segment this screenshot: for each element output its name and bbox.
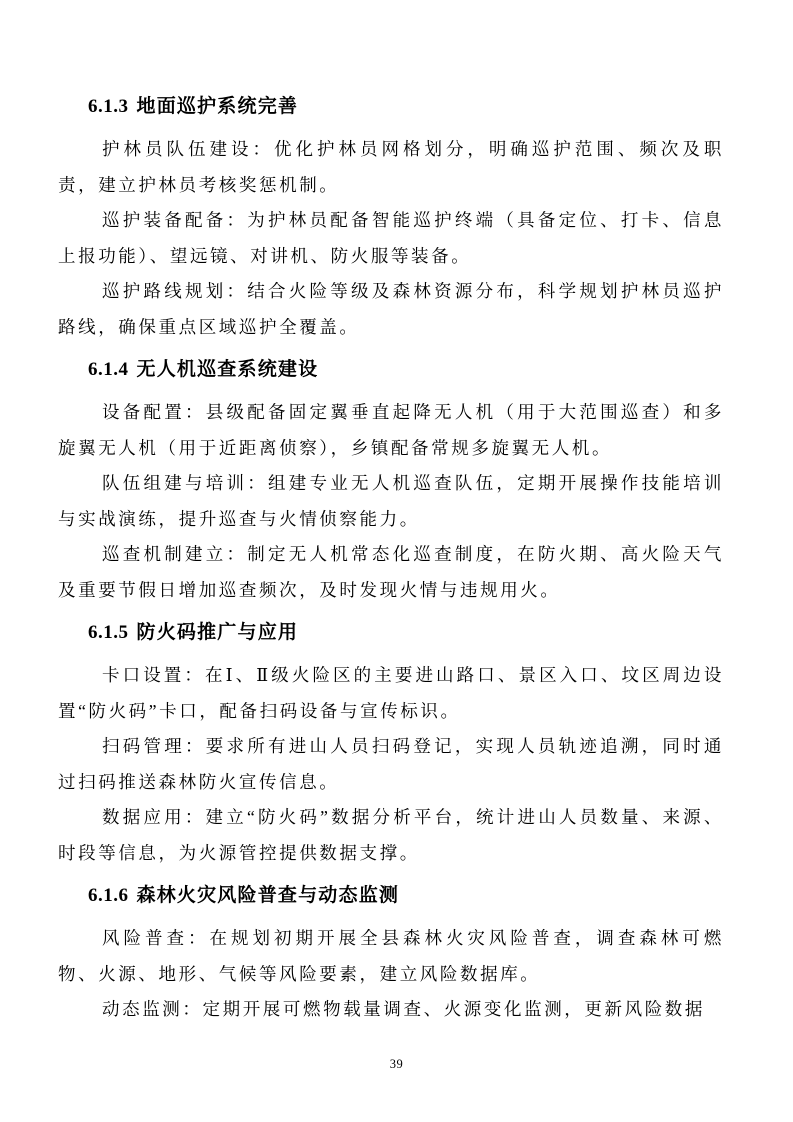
paragraph: 设备配置：县级配备固定翼垂直起降无人机（用于大范围巡查）和多旋翼无人机（用于近距… [58,395,724,466]
section-heading-616: 6.1.6森林火灾风险普查与动态监测 [88,878,724,914]
paragraph: 卡口设置：在Ⅰ、Ⅱ级火险区的主要进山路口、景区入口、坟区周边设置“防火码”卡口，… [58,658,724,729]
paragraph: 巡护装备配备：为护林员配备智能巡护终端（具备定位、打卡、信息上报功能）、望远镜、… [58,203,724,274]
section-title: 无人机巡查系统建设 [137,359,319,380]
paragraph: 扫码管理：要求所有进山人员扫码登记，实现人员轨迹追溯，同时通过扫码推送森林防火宣… [58,729,724,800]
paragraph: 数据应用：建立“防火码”数据分析平台，统计进山人员数量、来源、时段等信息，为火源… [58,800,724,871]
section-title: 森林火灾风险普查与动态监测 [137,885,400,906]
section-number: 6.1.4 [88,359,129,380]
section-heading-614: 6.1.4无人机巡查系统建设 [88,352,724,388]
paragraph: 巡护路线规划：结合火险等级及森林资源分布，科学规划护林员巡护路线，确保重点区域巡… [58,274,724,345]
section-number: 6.1.5 [88,622,129,643]
section-number: 6.1.3 [88,96,129,117]
section-number: 6.1.6 [88,885,129,906]
paragraph: 动态监测：定期开展可燃物载量调查、火源变化监测，更新风险数据 [58,992,724,1028]
section-title: 地面巡护系统完善 [137,96,299,117]
section-heading-613: 6.1.3地面巡护系统完善 [88,89,724,125]
section-title: 防火码推广与应用 [137,622,299,643]
paragraph: 风险普查：在规划初期开展全县森林火灾风险普查，调查森林可燃物、火源、地形、气候等… [58,921,724,992]
paragraph: 护林员队伍建设：优化护林员网格划分，明确巡护范围、频次及职责，建立护林员考核奖惩… [58,132,724,203]
paragraph: 巡查机制建立：制定无人机常态化巡查制度，在防火期、高火险天气及重要节假日增加巡查… [58,537,724,608]
page-number: 39 [0,1057,793,1072]
section-heading-615: 6.1.5防火码推广与应用 [88,615,724,651]
paragraph: 队伍组建与培训：组建专业无人机巡查队伍，定期开展操作技能培训与实战演练，提升巡查… [58,466,724,537]
document-page: 6.1.3地面巡护系统完善 护林员队伍建设：优化护林员网格划分，明确巡护范围、频… [0,0,793,1122]
